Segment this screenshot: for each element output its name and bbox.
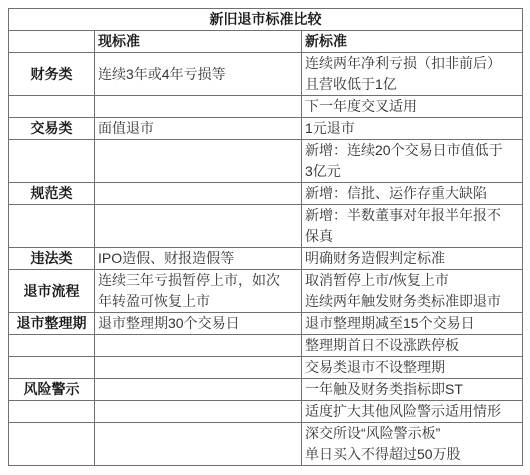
table-row-risk-warning-extra2: 深交所设“风险警示板” 单日买入不得超过50万股 [9,423,523,466]
new-standard-cell: 连续两年净利亏损（扣非前后） 且营收低于1亿 [302,53,523,96]
category-cell [9,401,95,423]
new-standard-cell: 深交所设“风险警示板” 单日买入不得超过50万股 [302,423,523,466]
new-standard-cell: 交易类退市不设整理期 [302,357,523,379]
table-row-finance-extra: 下一年度交叉适用 [9,96,523,118]
new-standard-cell: 下一年度交叉适用 [302,96,523,118]
old-standard-cell: IPO造假、财报造假等 [95,248,302,270]
old-standard-cell [95,140,302,183]
old-standard-cell: 连续三年亏损暂停上市，如次 年转盈可恢复上市 [95,270,302,313]
table-row-risk-warning: 风险警示 一年触及财务类指标即ST [9,379,523,401]
table-row-illegal: 违法类 IPO造假、财报造假等 明确财务造假判定标准 [9,248,523,270]
old-standard-cell [95,335,302,357]
new-standard-header: 新标准 [302,31,523,53]
table-row-compliance-extra: 新增：半数董事对年报半年报不 保真 [9,205,523,248]
table-row-process: 退市流程 连续三年亏损暂停上市，如次 年转盈可恢复上市 取消暂停上市/恢复上市 … [9,270,523,313]
category-cell [9,423,95,466]
new-standard-cell: 退市整理期减至15个交易日 [302,313,523,335]
table-row-finance: 财务类 连续3年或4年亏损等 连续两年净利亏损（扣非前后） 且营收低于1亿 [9,53,523,96]
new-standard-cell: 新增：半数董事对年报半年报不 保真 [302,205,523,248]
table-row-consolidation-period: 退市整理期 退市整理期30个交易日 退市整理期减至15个交易日 [9,313,523,335]
old-standard-cell [95,423,302,466]
old-standard-cell: 面值退市 [95,118,302,140]
old-standard-cell: 连续3年或4年亏损等 [95,53,302,96]
new-standard-cell: 取消暂停上市/恢复上市 连续两年触发财务类标准即退市 [302,270,523,313]
table-row-consolidation-extra2: 交易类退市不设整理期 [9,357,523,379]
new-standard-cell: 新增：信批、运作存重大缺陷 [302,183,523,205]
category-cell: 财务类 [9,53,95,96]
category-cell [9,140,95,183]
title-row: 新旧退市标准比较 [9,9,523,31]
header-row: 现标准 新标准 [9,31,523,53]
category-cell: 规范类 [9,183,95,205]
old-standard-cell [95,183,302,205]
category-cell [9,96,95,118]
category-cell [9,357,95,379]
category-cell: 违法类 [9,248,95,270]
new-standard-cell: 适度扩大其他风险警示适用情形 [302,401,523,423]
old-standard-cell [95,205,302,248]
table-row-risk-warning-extra1: 适度扩大其他风险警示适用情形 [9,401,523,423]
old-standard-cell [95,96,302,118]
category-cell [9,335,95,357]
new-standard-cell: 一年触及财务类指标即ST [302,379,523,401]
old-standard-cell: 退市整理期30个交易日 [95,313,302,335]
delisting-comparison-table: 新旧退市标准比较 现标准 新标准 财务类 连续3年或4年亏损等 连续两年净利亏损… [8,8,523,466]
table-title: 新旧退市标准比较 [9,9,523,31]
category-cell: 退市整理期 [9,313,95,335]
table-row-compliance: 规范类 新增：信批、运作存重大缺陷 [9,183,523,205]
old-standard-cell [95,357,302,379]
table-row-consolidation-extra1: 整理期首日不设涨跌停板 [9,335,523,357]
category-cell: 退市流程 [9,270,95,313]
category-cell: 交易类 [9,118,95,140]
new-standard-cell: 整理期首日不设涨跌停板 [302,335,523,357]
old-standard-cell [95,401,302,423]
new-standard-cell: 明确财务造假判定标准 [302,248,523,270]
category-cell [9,205,95,248]
old-standard-header: 现标准 [95,31,302,53]
old-standard-cell [95,379,302,401]
table-row-trading: 交易类 面值退市 1元退市 [9,118,523,140]
new-standard-cell: 新增：连续20个交易日市值低于 3亿元 [302,140,523,183]
table-row-trading-extra: 新增：连续20个交易日市值低于 3亿元 [9,140,523,183]
new-standard-cell: 1元退市 [302,118,523,140]
category-header [9,31,95,53]
category-cell: 风险警示 [9,379,95,401]
